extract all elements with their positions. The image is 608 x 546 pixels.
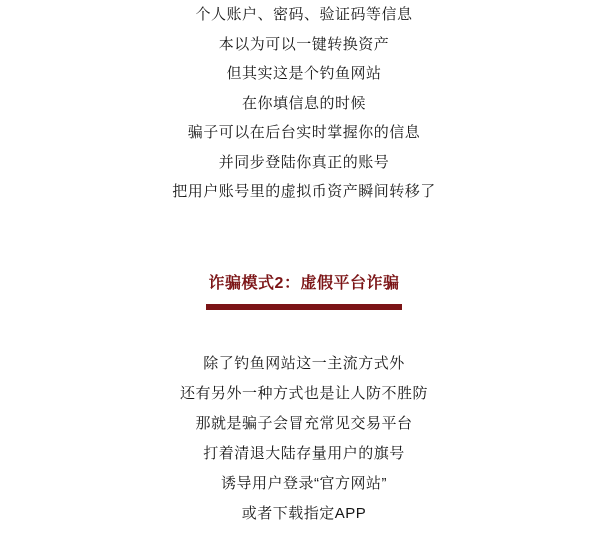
text-line: 并同步登陆你真正的账号 bbox=[0, 148, 608, 178]
article-page: 个人账户、密码、验证码等信息 本以为可以一键转换资产 但其实这是个钓鱼网站 在你… bbox=[0, 0, 608, 546]
text-line: 或者下载指定APP bbox=[0, 499, 608, 529]
paragraph-block-bottom: 除了钓鱼网站这一主流方式外 还有另外一种方式也是让人防不胜防 那就是骗子会冒充常… bbox=[0, 349, 608, 529]
text-line: 那就是骗子会冒充常见交易平台 bbox=[0, 409, 608, 439]
text-line: 打着清退大陆存量用户的旗号 bbox=[0, 439, 608, 469]
text-line: 把用户账号里的虚拟币资产瞬间转移了 bbox=[0, 177, 608, 207]
text-line: 本以为可以一键转换资产 bbox=[0, 30, 608, 60]
section-heading-title: 诈骗模式2：虚假平台诈骗 bbox=[209, 273, 400, 295]
paragraph-block-top: 个人账户、密码、验证码等信息 本以为可以一键转换资产 但其实这是个钓鱼网站 在你… bbox=[0, 0, 608, 207]
section-heading-block: 诈骗模式2：虚假平台诈骗 bbox=[209, 273, 400, 310]
text-line: 诱导用户登录“官方网站” bbox=[0, 469, 608, 499]
text-line: 个人账户、密码、验证码等信息 bbox=[0, 0, 608, 30]
heading-underline bbox=[206, 304, 403, 310]
text-line: 骗子可以在后台实时掌握你的信息 bbox=[0, 118, 608, 148]
text-line: 除了钓鱼网站这一主流方式外 bbox=[0, 349, 608, 379]
text-line: 还有另外一种方式也是让人防不胜防 bbox=[0, 379, 608, 409]
text-line: 在你填信息的时候 bbox=[0, 89, 608, 119]
text-line: 但其实这是个钓鱼网站 bbox=[0, 59, 608, 89]
